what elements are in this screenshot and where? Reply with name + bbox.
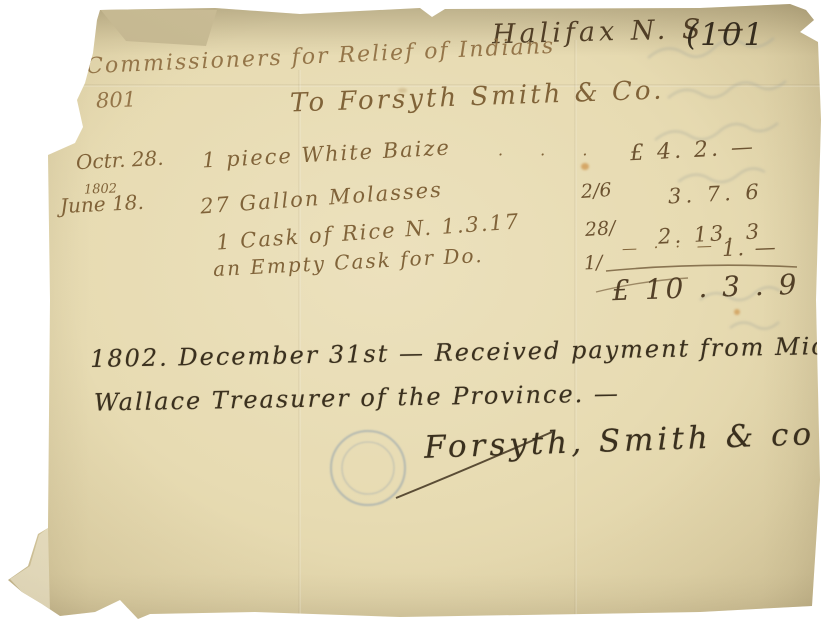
scanned-document: Halifax N. S — (101 Commissioners for Re…	[0, 0, 832, 622]
total-amount: £ 10 . 3 . 9	[612, 271, 800, 306]
document-number: (101	[686, 20, 765, 51]
item-row-rate: 28/	[584, 219, 616, 240]
year-label: 801	[96, 89, 137, 111]
item-row-date: Octr. 28.	[76, 148, 164, 173]
item-row-amount: 3. 7. 6	[668, 182, 764, 208]
leader-dashes: — · · —	[622, 238, 718, 256]
vertical-crease	[574, 40, 577, 615]
item-row-date: June 18.	[60, 192, 145, 216]
item-row-rate: 2/6	[580, 181, 612, 202]
ink-stain	[581, 163, 589, 170]
item-row-amount: 1. —	[722, 237, 778, 260]
ink-stain	[734, 309, 740, 315]
leader-dots: · · ·	[498, 147, 603, 163]
item-row-rate: 1/	[584, 254, 603, 274]
paper-sheet: Halifax N. S — (101 Commissioners for Re…	[0, 0, 832, 622]
